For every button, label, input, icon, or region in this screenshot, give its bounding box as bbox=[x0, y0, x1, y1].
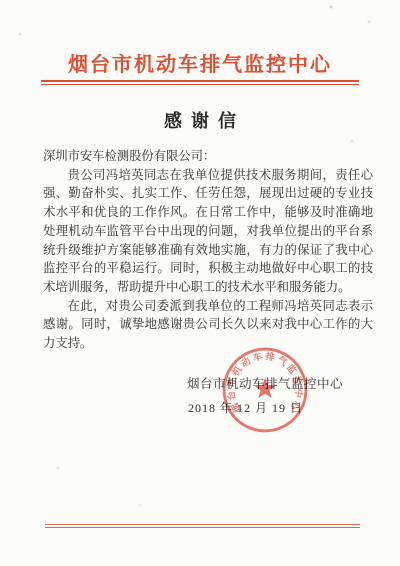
letter-paragraph-2: 在此，对贵公司委派到我单位的工程师冯培英同志表示感谢。同时，诚挚地感谢贵公司长久… bbox=[43, 297, 373, 353]
letterhead-divider bbox=[41, 80, 359, 85]
letter-title: 感谢信 bbox=[0, 110, 400, 132]
scanned-letter-page: 烟台市机动车排气监控中心 感谢信 深圳市安车检测股份有限公司： 贵公司冯培英同志… bbox=[0, 0, 400, 566]
stamp-star-icon bbox=[254, 378, 275, 398]
letterhead-org-name: 烟台市机动车排气监控中心 bbox=[0, 0, 400, 78]
footer-divider bbox=[45, 524, 360, 528]
official-seal-stamp: 烟台市机动车排气监控中心 bbox=[219, 346, 311, 434]
letter-body: 深圳市安车检测股份有限公司： 贵公司冯培英同志在我单位提供技术服务期间，责任心强… bbox=[43, 147, 373, 353]
letter-paragraph-1: 贵公司冯培英同志在我单位提供技术服务期间，责任心强、勤奋朴实、扎实工作、任劳任怨… bbox=[43, 166, 373, 297]
salutation: 深圳市安车检测股份有限公司： bbox=[43, 147, 373, 166]
